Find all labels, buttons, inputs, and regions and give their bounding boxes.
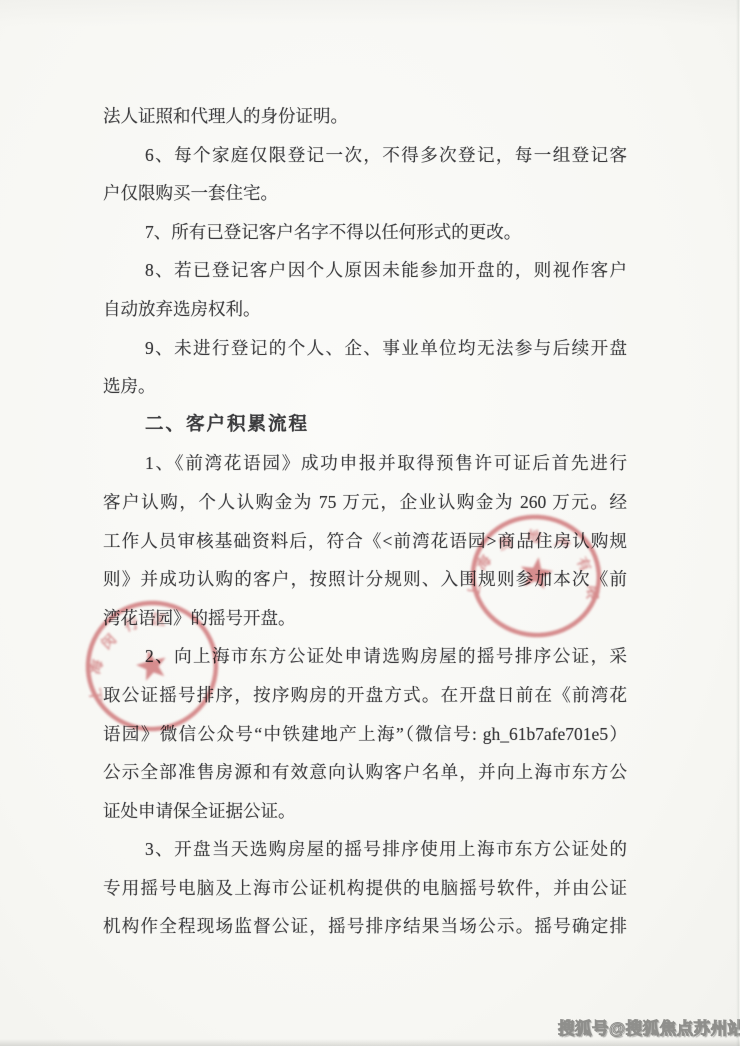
text-line: 取公证摇号排序，按序购房的开盘方式。在开盘日前在《前湾花 [103, 676, 627, 715]
text-line: 公示全部准售房源和有效意向认购客户名单，并向上海市东方公 [103, 753, 627, 792]
photo-smudge-top [0, 0, 740, 26]
document-text-block: 法人证照和代理人的身份证明。6、每个家庭仅限登记一次，不得多次登记，每一组登记客… [103, 97, 627, 946]
text-line: 法人证照和代理人的身份证明。 [103, 97, 627, 136]
photo-edge-right [736, 0, 739, 1046]
text-line: 3、开盘当天选购房屋的摇号排序使用上海市东方公证处的 [103, 830, 627, 869]
text-line: 专用摇号电脑及上海市公证机构提供的电脑摇号软件，并由公证 [103, 869, 627, 908]
text-line: 自动放弃选房权利。 [103, 290, 627, 329]
scanned-document-page: 法人证照和代理人的身份证明。6、每个家庭仅限登记一次，不得多次登记，每一组登记客… [0, 0, 740, 1046]
text-line: 2、向上海市东方公证处申请选购房屋的摇号排序公证，采 [103, 637, 627, 676]
text-line: 7、所有已登记客户名字不得以任何形式的更改。 [103, 213, 627, 252]
text-line: 选房。 [103, 367, 627, 406]
section-heading: 二、客户积累流程 [103, 406, 627, 445]
text-line: 工作人员审核基础资料后，符合《<前湾花语园>商品住房认购规 [103, 522, 627, 561]
text-line: 证处申请保全证据公证。 [103, 792, 627, 831]
text-line: 机构作全程现场监督公证，摇号排序结果当场公示。摇号确定排 [103, 907, 627, 946]
text-line: 则》并成功认购的客户，按照计分规则、入围规则参加本次《前 [103, 560, 627, 599]
text-line: 客户认购，个人认购金为 75 万元，企业认购金为 260 万元。经 [103, 483, 627, 522]
sohu-watermark: 搜狐号@搜狐焦点苏州站 [558, 1015, 740, 1039]
text-line: 1、《前湾花语园》成功申报并取得预售许可证后首先进行 [103, 444, 627, 483]
text-line: 8、若已登记客户因个人原因未能参加开盘的，则视作客户 [103, 251, 627, 290]
photo-edge-bottom [0, 1039, 740, 1046]
text-line: 语园》微信公众号“中铁建地产上海”（微信号: gh_61b7afe701e5） [103, 715, 627, 754]
text-line: 9、未进行登记的个人、企、事业单位均无法参与后续开盘 [103, 329, 627, 368]
text-line: 6、每个家庭仅限登记一次，不得多次登记，每一组登记客 [103, 136, 627, 175]
text-line: 户仅限购买一套住宅。 [103, 174, 627, 213]
text-line: 湾花语园》的摇号开盘。 [103, 599, 627, 638]
